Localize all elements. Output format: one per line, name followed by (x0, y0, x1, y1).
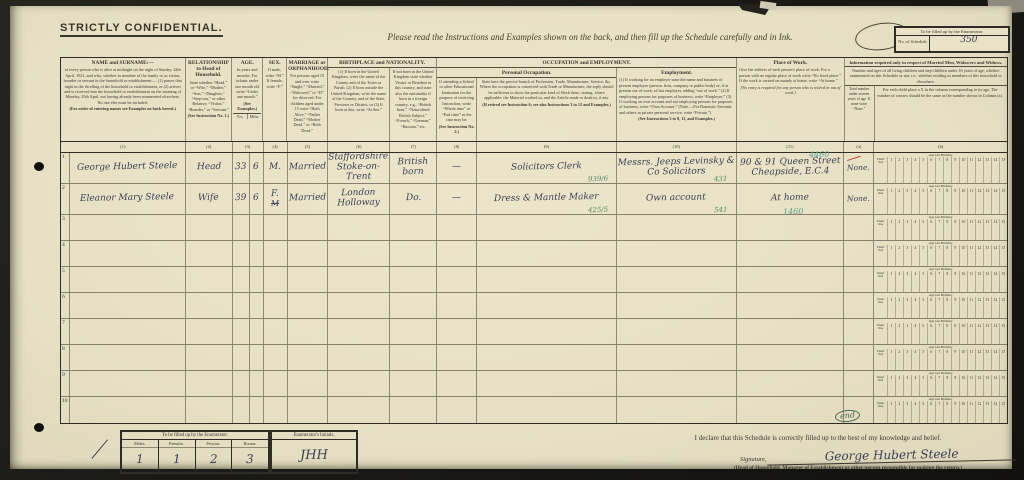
row-number: 10 (61, 397, 68, 404)
marriage-entry: Married (289, 163, 326, 174)
punch-hole (34, 162, 44, 171)
declaration-block: I declare that this Schedule is correctl… (620, 434, 1016, 471)
instruction-line: Please read the Instructions and Example… (310, 32, 870, 42)
header-children-total: Total number under sixteen years of age.… (845, 86, 875, 141)
place-of-work-code: 4460 (809, 150, 830, 160)
header-marriage: MARRIAGE or ORPHANHOOD. For persons aged… (287, 58, 328, 141)
sex-entry: M. (269, 163, 281, 173)
row-number: 1 (61, 153, 65, 160)
row-number: 4 (61, 241, 65, 248)
header-birthplace: (1) If born in the United Kingdom, write… (328, 68, 390, 141)
age-grid: Age last BirthdayUnder One12345678910111… (874, 267, 1007, 292)
census-table: NAME and SURNAME:— of every person who i… (60, 57, 1008, 424)
age-grid: Age last BirthdayUnder One12345678910111… (874, 241, 1007, 266)
age-months-entry: 6 (253, 163, 259, 173)
enumerator-initials-value: JHH (272, 439, 357, 473)
schedule-number-label: No. of Schedule (896, 36, 930, 53)
census-schedule-paper: STRICTLY CONFIDENTIAL. Please read the I… (10, 6, 1012, 469)
row-number: 5 (61, 267, 65, 274)
header-occupation: State here the precise branch of Profess… (477, 78, 616, 141)
table-row: 1 George Hubert Steele Head 33 6 M. Marr… (61, 153, 1007, 184)
header-personal-occupation-group: Personal Occupation. If attending a Scho… (437, 68, 617, 141)
signature-label: Signature, (740, 456, 767, 463)
persons-column: Persons. 2 (196, 440, 233, 472)
schedule-number-box: To be filled up by the Enumerator. No. o… (894, 26, 1010, 53)
age-grid: Age last BirthdayUnder One12345678910111… (874, 345, 1007, 370)
place-of-work-entry: 90 & 91 Queen Street Cheapside, E.C.4 (736, 157, 843, 179)
occupation-entry: Dress & Mantle Maker (494, 193, 599, 205)
age-grid: Age last BirthdayUnder One12345678910111… (874, 153, 1007, 183)
table-row: 8 (61, 345, 1007, 371)
children-total-entry: None. (847, 195, 870, 204)
confidential-heading: STRICTLY CONFIDENTIAL. (60, 22, 223, 37)
row-number: 9 (61, 371, 65, 378)
header-name: NAME and SURNAME:— of every person who i… (61, 58, 186, 141)
males-value: 1 (122, 448, 158, 473)
age-grid: Age last BirthdayUnder One12345678910111… (874, 319, 1007, 344)
children-total-entry: None. (847, 164, 870, 173)
table-row: 2 Eleanor Mary Steele Wife 39 6 F. M Mar… (61, 184, 1007, 215)
rooms-column: Rooms. 3 (232, 440, 268, 472)
age-grid: Age last BirthdayUnder One12345678910111… (874, 215, 1007, 240)
females-column: Females. 1 (159, 440, 196, 472)
table-row: 4 (61, 241, 1007, 267)
place-of-work-entry: At home (771, 194, 809, 205)
relationship-entry: Wife (198, 194, 219, 204)
table-body: 1 George Hubert Steele Head 33 6 M. Marr… (61, 153, 1007, 423)
table-header: NAME and SURNAME:— of every person who i… (61, 58, 1007, 142)
row-number: 6 (61, 293, 65, 300)
header-birthplace-group: BIRTHPLACE and NATIONALITY. (1) If born … (328, 58, 437, 141)
name-entry: Eleanor Mary Steele (80, 193, 174, 205)
employment-code: 431 (714, 175, 728, 183)
marriage-entry: Married (289, 194, 326, 205)
sex-entry-struck: M (271, 199, 279, 208)
age-years-entry: 39 (235, 194, 247, 204)
enumerator-summary-box: To be filled up by the Enumerator. Males… (120, 430, 270, 474)
occupation-code: 425/5 (588, 206, 608, 215)
education-entry: — (452, 194, 461, 204)
header-children-group: Information required only in respect of … (845, 58, 1007, 141)
signature-note: (Head of Household, Manager of Establish… (620, 465, 1016, 471)
row-number: 2 (61, 184, 65, 191)
row-number: 7 (61, 319, 65, 326)
punch-hole (34, 423, 44, 432)
declaration-text: I declare that this Schedule is correctl… (620, 434, 1016, 442)
relationship-entry: Head (196, 163, 221, 173)
rooms-value: 3 (232, 448, 268, 473)
age-grid: Age last BirthdayUnder One12345678910111… (874, 184, 1007, 214)
table-row: 10 (61, 397, 1007, 423)
table-row: 7 (61, 319, 1007, 345)
header-relationship: RELATIONSHIP to Head of Household. State… (186, 58, 233, 141)
education-entry: — (452, 163, 461, 173)
females-value: 1 (159, 448, 195, 473)
header-sex: SEX. If male, write “M.” If female, writ… (263, 58, 287, 141)
nationality-entry: British born (390, 158, 436, 179)
header-employment: Employment. (1) If working for an employ… (617, 68, 736, 141)
header-education: If attending a School or other Education… (437, 78, 477, 141)
red-tick-mark (846, 151, 861, 161)
table-row: 6 (61, 293, 1007, 319)
header-occupation-group: OCCUPATION and EMPLOYMENT. Personal Occu… (437, 58, 737, 141)
name-entry: George Hubert Steele (77, 162, 178, 174)
header-age: AGE. In years and months. For infants un… (232, 58, 263, 141)
header-children-grid: For each child place a X in the column c… (875, 86, 1006, 141)
occupation-entry: Solicitors Clerk (511, 162, 582, 173)
age-years-entry: 33 (235, 163, 247, 173)
age-grid: Age last BirthdayUnder One12345678910111… (874, 371, 1007, 396)
table-row: 9 (61, 371, 1007, 397)
age-grid: Age last BirthdayUnder One12345678910111… (874, 293, 1007, 318)
age-grid: Age last BirthdayUnder One12345678910111… (874, 397, 1007, 423)
age-months-entry: 6 (253, 194, 259, 204)
occupation-code: 939/6 (588, 175, 608, 184)
row-number: 8 (61, 345, 65, 352)
enumerator-initials-box: Enumerator's Initials. JHH (270, 430, 358, 474)
employment-code: 541 (714, 206, 728, 214)
persons-value: 2 (195, 448, 231, 473)
employment-entry: Own account (646, 193, 706, 204)
column-number-row: (1) (2) (3) (4) (5) (6) (7) (8) (9) (10)… (61, 142, 1007, 153)
table-row: 3 (61, 215, 1007, 241)
row-number: 3 (61, 215, 65, 222)
birthplace-entry: Staffordshire Stoke-on-Trent (328, 153, 389, 184)
table-row: 5 (61, 267, 1007, 293)
header-nationality: If not born in the United Kingdom state … (390, 68, 436, 141)
males-column: Males. 1 (122, 440, 159, 472)
birthplace-entry: London Holloway (328, 188, 389, 209)
signature-value: George Hubert Steele (767, 446, 1017, 465)
scan-background: STRICTLY CONFIDENTIAL. Please read the I… (0, 0, 1024, 480)
schedule-number-value: 350 (930, 35, 1008, 54)
nationality-entry: Do. (406, 194, 422, 204)
header-place-of-work: Place of Work. Give the address of each … (737, 58, 845, 141)
